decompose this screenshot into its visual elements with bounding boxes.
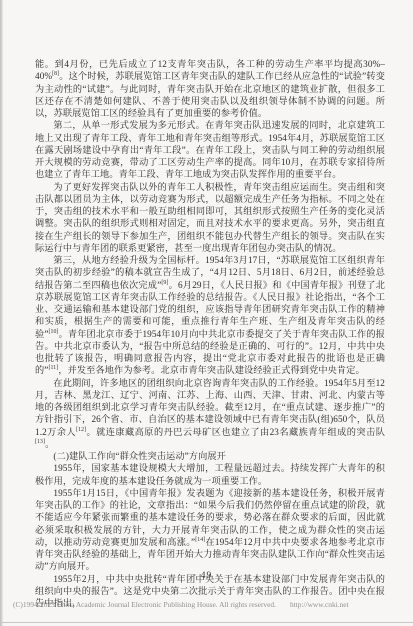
page-number: · 49 · xyxy=(0,571,413,581)
article-body: 能。到4月份，已先后成立了12支青年突击队，各工种的劳动生产率平均提高30%–4… xyxy=(35,58,385,609)
paragraph: 第三，从地方经验升级为全国标杆。1954年3月17日，“苏联展览馆工区组织青年突… xyxy=(35,254,385,377)
citation-ref: [14] xyxy=(195,537,205,543)
citation-ref: [8] xyxy=(52,71,59,77)
footer-copyright: (C)1994-2023 China Academic Journal Elec… xyxy=(13,600,276,609)
scan-edge-left xyxy=(0,0,3,626)
paragraph: 能。到4月份，已先后成立了12支青年突击队，各工种的劳动生产率平均提高30%–4… xyxy=(35,58,385,119)
footer-url: http://www.cnki.net xyxy=(290,600,349,609)
citation-ref: [10] xyxy=(49,328,59,334)
paragraph: 1955年1月15日，《中国青年报》发表题为《迎接新的基本建设任务，积极开展青年… xyxy=(35,487,385,573)
scan-edge-bottom xyxy=(0,622,413,623)
paragraph: 第二，从单一形式发展为多元形式。在青年突击队迅速发展的同时，北京建筑工地上又出现… xyxy=(35,119,385,180)
paragraph: 为了更好发挥突击队以外的青年工人积极性，青年突击组应运而生。突击组和突击队都以团… xyxy=(35,181,385,255)
paragraph: 1955年，国家基本建设规模大大增加，工程量远超过去。持续发挥广大青年的积极作用… xyxy=(35,462,385,487)
subsection-heading: (二)建队工作向“群众性突击运动”方向展开 xyxy=(35,450,385,462)
citation-ref: [9] xyxy=(161,279,168,285)
citation-ref: [13] xyxy=(35,439,45,445)
journal-page: { "page": { "number_label": "· 49 ·", "f… xyxy=(0,0,413,626)
citation-ref: [11] xyxy=(48,365,58,371)
citation-ref: [12] xyxy=(76,426,86,432)
paragraph: 在此期间，许多地区的团组织向北京咨询青年突击队的工作经验。1954年5月至12月… xyxy=(35,377,385,451)
footer: (C)1994-2023 China Academic Journal Elec… xyxy=(13,600,403,609)
